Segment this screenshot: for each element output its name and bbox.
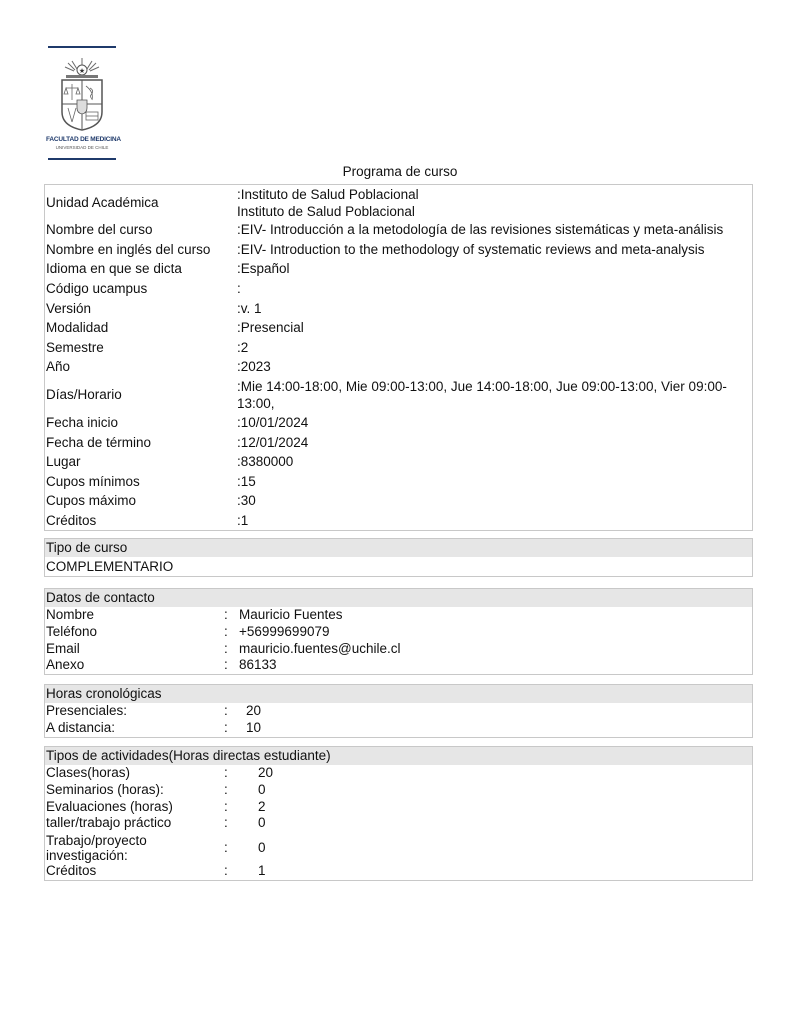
info-row: Semestre :2 [45, 338, 752, 358]
hours-label: Presenciales: [45, 703, 224, 720]
info-row: Días/Horario :Mie 14:00-18:00, Mie 09:00… [45, 377, 752, 413]
info-value: : [237, 280, 752, 297]
activity-value: 0 [258, 815, 752, 832]
logo-bottom-rule [48, 158, 116, 160]
info-label: Fecha de término [45, 435, 237, 450]
contact-extension: 86133 [239, 657, 752, 674]
activity-label: Clases(horas) [45, 765, 224, 782]
info-label: Año [45, 359, 237, 374]
info-label: Nombre en inglés del curso [45, 242, 237, 257]
info-value: :Presencial [237, 319, 752, 336]
logo-faculty-name: FACULTAD DE MEDICINA [46, 136, 118, 143]
info-value: :v. 1 [237, 300, 752, 317]
activity-label: Seminarios (horas): [45, 782, 224, 799]
contact-email: mauricio.fuentes@uchile.cl [239, 641, 752, 658]
info-label: Lugar [45, 454, 237, 469]
info-value-line: :Instituto de Salud Poblacional [237, 186, 734, 203]
contact-name: Mauricio Fuentes [239, 607, 752, 624]
info-label: Código ucampus [45, 281, 237, 296]
contact-label: Teléfono [45, 624, 224, 641]
info-row: Créditos :1 [45, 511, 752, 531]
section-heading: Tipos de actividades(Horas directas estu… [45, 747, 752, 765]
contact-label: Nombre [45, 607, 224, 624]
activity-value: 0 [258, 832, 752, 863]
contact-row: Anexo : 86133 [45, 657, 752, 674]
separator: : [224, 607, 239, 624]
info-value: :1 [237, 512, 752, 529]
info-value: :12/01/2024 [237, 434, 752, 451]
separator: : [224, 765, 258, 782]
activity-value: 2 [258, 799, 752, 816]
info-value: :8380000 [237, 453, 752, 470]
info-value: :EIV- Introducción a la metodología de l… [237, 221, 752, 238]
separator: : [224, 657, 239, 674]
section-heading: Tipo de curso [45, 539, 752, 557]
info-label: Fecha inicio [45, 415, 237, 430]
activities-section: Tipos de actividades(Horas directas estu… [44, 746, 753, 881]
info-value: :Mie 14:00-18:00, Mie 09:00-13:00, Jue 1… [237, 378, 752, 412]
separator: : [224, 815, 258, 832]
separator: : [224, 863, 258, 880]
activity-label-text: Trabajo/proyecto investigación: [46, 833, 176, 863]
info-value: :15 [237, 473, 752, 490]
info-value: :2 [237, 339, 752, 356]
info-value: :Español [237, 260, 752, 277]
info-row: Año :2023 [45, 357, 752, 377]
activity-value: 1 [258, 863, 752, 880]
info-row: Código ucampus : [45, 279, 752, 299]
course-type-value: COMPLEMENTARIO [45, 557, 752, 576]
contact-row: Email : mauricio.fuentes@uchile.cl [45, 641, 752, 658]
separator: : [224, 641, 239, 658]
info-label: Cupos máximo [45, 493, 237, 508]
info-value: :10/01/2024 [237, 414, 752, 431]
activity-row: Evaluaciones (horas) : 2 [45, 799, 752, 816]
contact-section: Datos de contacto Nombre : Mauricio Fuen… [44, 588, 753, 675]
info-label: Versión [45, 301, 237, 316]
course-info-table: Unidad Académica :Instituto de Salud Pob… [44, 184, 753, 531]
info-row: Cupos mínimos :15 [45, 472, 752, 492]
separator: : [224, 624, 239, 641]
course-type-section: Tipo de curso COMPLEMENTARIO [44, 538, 753, 577]
info-label: Nombre del curso [45, 222, 237, 237]
activity-row: Clases(horas) : 20 [45, 765, 752, 782]
activity-label: Trabajo/proyecto investigación: [45, 832, 224, 863]
logo-university-name: UNIVERSIDAD DE CHILE [46, 145, 118, 150]
activity-row: Créditos : 1 [45, 863, 752, 880]
info-row: Lugar :8380000 [45, 452, 752, 472]
info-row: Fecha inicio :10/01/2024 [45, 413, 752, 433]
hours-row: Presenciales: : 20 [45, 703, 752, 720]
info-value: :EIV- Introduction to the methodology of… [237, 241, 752, 258]
faculty-crest-icon: ★ [56, 54, 108, 134]
contact-row: Teléfono : +56999699079 [45, 624, 752, 641]
info-row: Idioma en que se dicta :Español [45, 259, 752, 279]
info-label: Cupos mínimos [45, 474, 237, 489]
contact-label: Email [45, 641, 224, 658]
info-label: Idioma en que se dicta [45, 261, 237, 276]
info-value-line: Instituto de Salud Poblacional [237, 203, 734, 220]
info-label: Días/Horario [45, 387, 237, 402]
info-row: Modalidad :Presencial [45, 318, 752, 338]
info-value: :2023 [237, 358, 752, 375]
activity-label: Evaluaciones (horas) [45, 799, 224, 816]
info-label: Semestre [45, 340, 237, 355]
activity-row: Seminarios (horas): : 0 [45, 782, 752, 799]
activity-value: 20 [258, 765, 752, 782]
info-row: Versión :v. 1 [45, 298, 752, 318]
hours-section: Horas cronológicas Presenciales: : 20 A … [44, 684, 753, 738]
activity-label: Créditos [45, 863, 224, 880]
info-value: :30 [237, 492, 752, 509]
activity-value: 0 [258, 782, 752, 799]
hours-row: A distancia: : 10 [45, 720, 752, 737]
separator: : [224, 782, 258, 799]
faculty-logo: ★ FACULTAD DE MEDICINA UNIVERSIDAD DE CH… [46, 46, 118, 162]
info-row: Nombre en inglés del curso :EIV- Introdu… [45, 240, 752, 260]
info-row: Unidad Académica :Instituto de Salud Pob… [45, 185, 752, 220]
separator: : [224, 703, 246, 720]
info-label: Unidad Académica [45, 195, 237, 210]
info-row: Fecha de término :12/01/2024 [45, 432, 752, 452]
hours-value: 10 [246, 720, 752, 737]
separator: : [224, 832, 258, 863]
info-label: Créditos [45, 513, 237, 528]
section-heading: Datos de contacto [45, 589, 752, 607]
separator: : [224, 720, 246, 737]
hours-value: 20 [246, 703, 752, 720]
separator: : [224, 799, 258, 816]
info-value: :Instituto de Salud Poblacional Institut… [237, 186, 752, 220]
document-title: Programa de curso [0, 164, 800, 179]
info-row: Cupos máximo :30 [45, 491, 752, 511]
section-heading: Horas cronológicas [45, 685, 752, 703]
contact-row: Nombre : Mauricio Fuentes [45, 607, 752, 624]
info-label: Modalidad [45, 320, 237, 335]
contact-phone: +56999699079 [239, 624, 752, 641]
info-row: Nombre del curso :EIV- Introducción a la… [45, 220, 752, 240]
contact-label: Anexo [45, 657, 224, 674]
activity-row: taller/trabajo práctico : 0 [45, 815, 752, 832]
svg-text:★: ★ [79, 67, 85, 75]
activity-label: taller/trabajo práctico [45, 815, 224, 832]
logo-top-rule [48, 46, 116, 48]
hours-label: A distancia: [45, 720, 224, 737]
activity-row: Trabajo/proyecto investigación: : 0 [45, 832, 752, 863]
